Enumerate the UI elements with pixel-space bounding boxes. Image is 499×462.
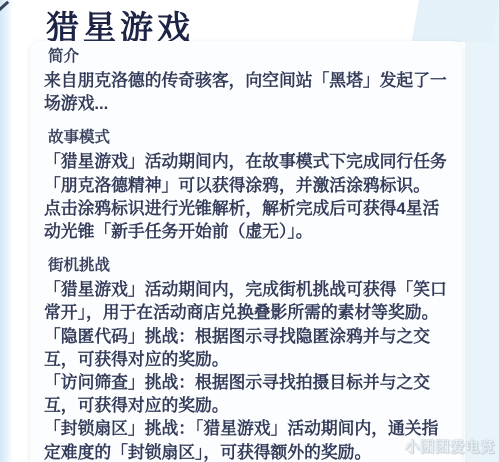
article-page: 猎星游戏 简介 来自朋克洛德的传奇骇客，向空间站「黑塔」发起了一 场游戏... … xyxy=(0,0,499,462)
watermark-text: 小团团爱电竞 xyxy=(405,436,495,457)
section-arcade-paragraph-1: 「猎星游戏」活动期间内，完成街机挑战可获得「笑口 常开」，用于在活动商店兑换叠影… xyxy=(44,278,450,324)
section-story-mode-paragraph-2: 点击涂鸦标识进行光锥解析，解析完成后可获得4星活 动光锥「新手任务开始前（虚无）… xyxy=(44,197,450,243)
section-story-mode-heading: 故事模式 xyxy=(44,128,450,147)
section-intro-heading: 简介 xyxy=(44,47,450,66)
section-arcade-paragraph-2: 「隐匿代码」挑战：根据图示寻找隐匿涂鸦并与之交 互，可获得对应的奖励。 xyxy=(44,325,450,371)
right-background-strip xyxy=(465,0,499,462)
section-intro-paragraph: 来自朋克洛德的传奇骇客，向空间站「黑塔」发起了一 场游戏... xyxy=(44,69,450,115)
section-arcade-paragraph-3: 「访问筛查」挑战：根据图示寻找拍摄目标并与之交 互，可获得对应的奖励。 xyxy=(44,371,450,417)
topright-background-block xyxy=(412,0,499,42)
section-arcade-paragraph-4: 「封锁扇区」挑战：「猎星游戏」活动期间内，通关指 定难度的「封锁扇区」，可获得额… xyxy=(44,417,450,462)
section-story-mode-paragraph-1: 「猎星游戏」活动期间内，在故事模式下完成同行任务 「朋克洛德精神」可以获得涂鸦，… xyxy=(44,150,450,196)
section-arcade-challenge-heading: 街机挑战 xyxy=(44,256,450,275)
content-card: 简介 来自朋克洛德的传奇骇客，向空间站「黑塔」发起了一 场游戏... 故事模式 … xyxy=(30,41,462,462)
section-intro: 简介 来自朋克洛德的传奇骇客，向空间站「黑塔」发起了一 场游戏... xyxy=(44,47,450,115)
section-story-mode: 故事模式 「猎星游戏」活动期间内，在故事模式下完成同行任务 「朋克洛德精神」可以… xyxy=(44,128,450,243)
left-background-strip xyxy=(0,0,13,462)
section-arcade-challenge: 街机挑战 「猎星游戏」活动期间内，完成街机挑战可获得「笑口 常开」，用于在活动商… xyxy=(44,256,450,462)
